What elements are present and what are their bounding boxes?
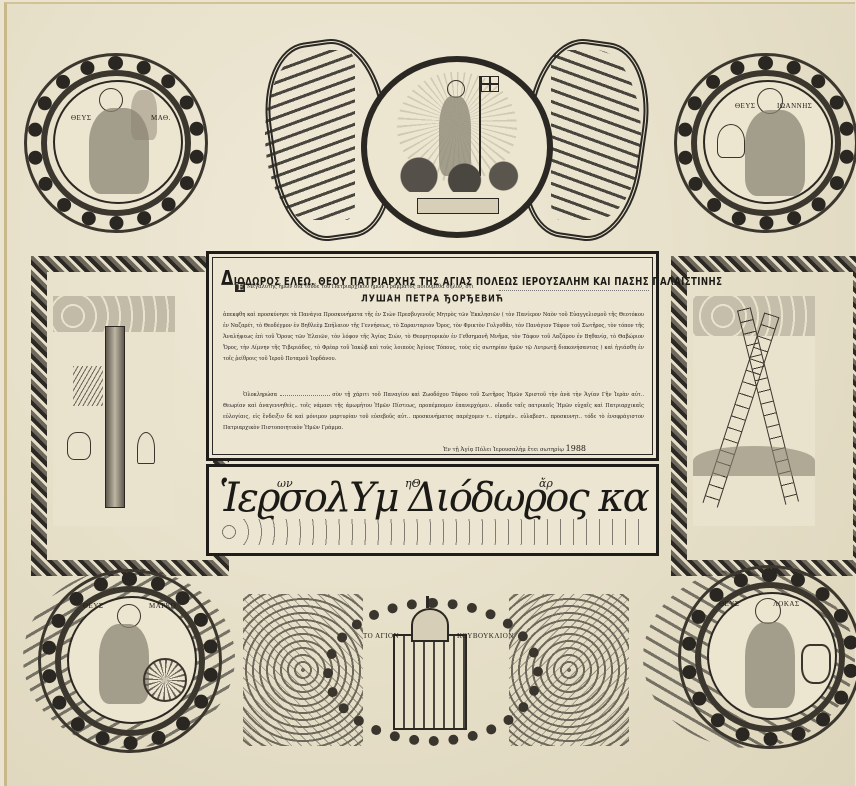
label-right: ΜΑΘ.: [151, 114, 171, 122]
date-text: Ἐν τῇ Ἁγίᾳ Πόλει Ἱερουσαλὴμ ἔτει σωτηρίῳ: [443, 447, 564, 453]
certificate-text-box: ΔΙΟΔΩΡΟΣ ΕΛΕΩ. ΘΕΟΥ ΠΑΤΡΙΑΡΧΗΣ ΤΗΣ ΑΓΙΑΣ…: [206, 251, 659, 461]
passion-column-panel: [31, 256, 203, 548]
mark-figure: [99, 624, 149, 704]
title-initial: Δ: [221, 266, 234, 290]
hills: [693, 446, 815, 476]
signature-superscript: ων: [277, 477, 293, 490]
paragraph-blessing: Ὁλοκληρώσα σὺν τῇ χάριτι τοῦ Παναγίου κα…: [223, 390, 644, 434]
luke-figure: [745, 622, 795, 708]
label-right: ΙΩΑΝΝΗΣ: [777, 102, 812, 110]
evangelist-luke: ΘΕΥΣ ΛΟΚΑΣ: [643, 562, 856, 762]
year: 1988: [566, 444, 586, 453]
john-figure: [745, 110, 805, 196]
palm-fronds-right: [551, 50, 641, 220]
inner-scene: [693, 296, 815, 526]
banner-flag: [481, 76, 499, 92]
paragraph-holy-places: ἀπεκφθη καὶ προσκύνησε τὰ Πανάγια Προσκυ…: [223, 310, 644, 365]
luke-medallion: [707, 592, 837, 720]
label-right: ΜΑΡΚΟ: [149, 602, 176, 610]
label-left: ΤΟ ΑΓΙΟΝ: [363, 632, 399, 640]
patriarch-signature-box: ἹεϱσολΥμ Διόδωϱος καὶ ἐπ Χϱιστῷ ἐπι ων η…: [206, 464, 659, 556]
tomb: [417, 198, 499, 214]
resurrection-panel: [263, 30, 643, 242]
evangelist-john: ΘΕΥΣ ΙΩΑΝΝΗΣ: [663, 52, 853, 232]
label-right: ΚΟΥΒΟΥΚΛΙΟΝ: [457, 632, 514, 640]
matthew-medallion: [53, 80, 183, 204]
label-left: ΘΕΥΣ: [71, 114, 91, 122]
john-medallion: [703, 80, 833, 204]
evangelist-mark: ΘΕΥΣ ΜΑΡΚΟ: [23, 562, 237, 762]
intro-text: Μεγαλύτης ἡμῶν διὰ τοῦδε τοῦ Πατριαρχικο…: [247, 284, 473, 290]
lion-figure: [143, 658, 187, 702]
ox-figure: [801, 644, 831, 684]
inner-scene: [53, 296, 175, 526]
palm-fronds-left: [265, 50, 355, 220]
certificate-paper: ΘΕΥΣ ΜΑΘ. ΘΕΥΣ ΙΩΑΝΝΗΣ: [4, 2, 855, 786]
edicule-icon: [393, 634, 467, 730]
label-right: ΛΟΚΑΣ: [773, 600, 800, 608]
signature-superscript: ἄρ: [539, 477, 553, 490]
paragraph-lead: Ὁλοκληρώσα: [223, 392, 277, 398]
signature-flourishes: [219, 519, 649, 545]
label-left: ΘΕΥΣ: [719, 600, 739, 608]
resurrection-medallion: [361, 56, 553, 238]
label-left: ΘΕΥΣ: [83, 602, 103, 610]
date-line: Ἐν τῇ Ἁγίᾳ Πόλει Ἱερουσαλὴμ ἔτει σωτηρίῳ…: [443, 444, 586, 453]
clouds: [393, 152, 523, 192]
title-text: ΙΟΔΩΡΟΣ ΕΛΕΩ. ΘΕΟΥ ΠΑΤΡΙΑΡΧΗΣ ΤΗΣ ΑΓΙΑΣ …: [234, 276, 723, 289]
paragraph-text: σὺν τῇ χάριτι τοῦ Παναγίου καὶ Ζωοδόχου …: [223, 392, 644, 431]
edicule-dome: [411, 608, 449, 642]
edicule-cross: [426, 596, 429, 608]
scourge-icon: [73, 366, 103, 406]
label-left: ΘΕΥΣ: [735, 102, 755, 110]
signature-superscript: ηΘ: [405, 477, 421, 490]
patriarch-title: ΔΙΟΔΩΡΟΣ ΕΛΕΩ. ΘΕΟΥ ΠΑΤΡΙΑΡΧΗΣ ΤΗΣ ΑΓΙΑΣ…: [221, 266, 651, 290]
ewer-icon: [67, 432, 91, 460]
eagle-figure: [717, 124, 745, 158]
evangelist-matthew: ΘΕΥΣ ΜΑΘ.: [23, 52, 213, 232]
fill-line: [499, 290, 649, 291]
deposition-panel: [671, 256, 843, 548]
fill-blank: [280, 395, 330, 396]
column-icon: [105, 326, 125, 508]
pilgrim-name: ЛУШАН ПЕТРА ЂОРЂЕВИЋ: [209, 293, 656, 304]
intro-initial: Ἐ: [235, 282, 245, 292]
chalice-icon: [137, 432, 155, 464]
mark-medallion: [67, 596, 197, 724]
holy-edicule-panel: ΤΟ ΑΓΙΟΝ ΚΟΥΒΟΥΚΛΙΟΝ: [243, 594, 629, 754]
